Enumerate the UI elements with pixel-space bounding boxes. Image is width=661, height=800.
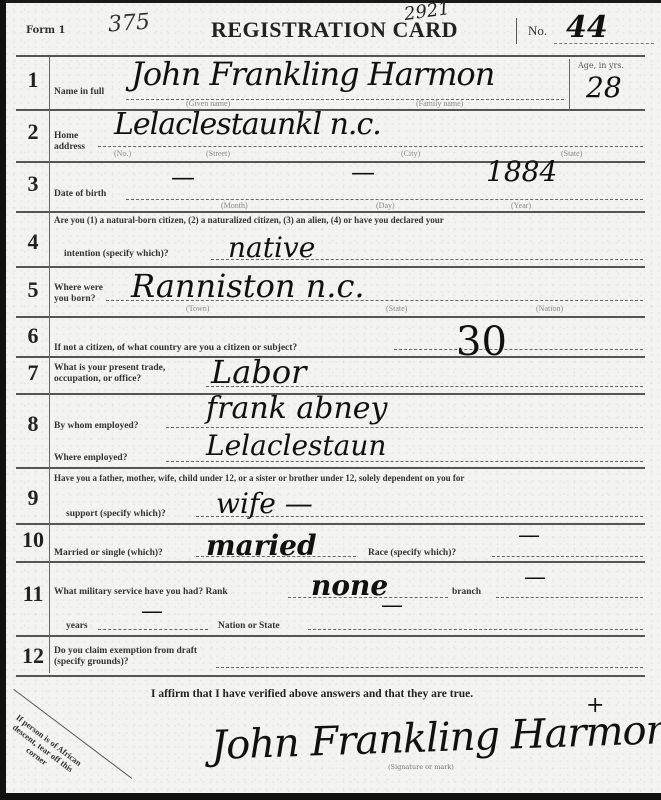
sublabel-day: (Day) [376, 201, 395, 210]
label-citizenship-specify: intention (specify which)? [64, 249, 169, 260]
row-number-1: 1 [20, 67, 46, 93]
value-nation-state: — [381, 593, 403, 618]
value-where-employed: Lelaclestaun [206, 429, 386, 462]
dotted-line-race [492, 556, 643, 557]
dotted-line-dob [126, 199, 643, 200]
sublabel-town: (Town) [186, 304, 209, 313]
rule-8 [16, 467, 645, 469]
no-label: No. [528, 23, 547, 39]
rule-6 [16, 356, 645, 358]
value-branch: — [524, 565, 546, 590]
sublabel-nation: (Nation) [536, 304, 563, 313]
dotted-line-nation [308, 629, 643, 630]
sublabel-street: (Street) [206, 149, 230, 158]
label-where-employed: Where employed? [54, 453, 127, 464]
sublabel-year: (Year) [511, 201, 531, 210]
affirmation-text: I affirm that I have verified above answ… [151, 688, 473, 700]
row-number-6: 6 [20, 323, 46, 349]
dotted-line-country [394, 349, 643, 350]
label-marital-status: Married or single (which)? [54, 548, 163, 559]
dotted-line-branch [496, 597, 643, 598]
rule-3 [16, 211, 645, 213]
value-name: John Frankling Harmon [131, 55, 494, 93]
value-dob-year: 1884 [486, 155, 557, 188]
label-dependents-question: Have you a father, mother, wife, child u… [54, 473, 464, 484]
dotted-line-address [98, 146, 643, 147]
label-occupation: What is your present trade, occupation, … [54, 363, 174, 385]
dotted-line-employer [166, 427, 643, 428]
rule-5 [16, 316, 645, 318]
sublabel-state-birth: (State) [386, 304, 407, 313]
annotation-30: 30 [456, 319, 507, 365]
row-number-8: 8 [20, 411, 46, 437]
dotted-line-exemption [216, 667, 643, 668]
value-military-rank: none [311, 569, 388, 602]
scan-border-bottom [0, 793, 661, 800]
no-dotted-line [554, 43, 654, 44]
age-value: 28 [586, 71, 622, 104]
row-number-3: 3 [20, 171, 46, 197]
sublabel-city: (City) [401, 149, 420, 158]
rule-10 [16, 561, 645, 563]
label-branch: branch [452, 587, 481, 598]
dotted-line-years [98, 629, 208, 630]
label-years: years [66, 621, 88, 632]
header-divider [516, 18, 517, 44]
row-number-12: 12 [20, 643, 46, 669]
value-home-address: Lelaclestaunkl n.c. [114, 107, 381, 142]
sublabel-state: (State) [561, 149, 582, 158]
value-occupation: Labor [211, 353, 306, 391]
value-dob-day: — [351, 158, 375, 186]
label-citizenship-question: Are you (1) a natural-born citizen, (2) … [54, 215, 444, 226]
sublabel-family-name: (Family name) [416, 99, 463, 108]
row-number-11: 11 [20, 581, 46, 607]
label-home-address: Home address [54, 131, 94, 153]
sublabel-no: (No.) [114, 149, 131, 158]
label-exemption: Do you claim exemption from draft (speci… [54, 646, 214, 668]
label-name: Name in full [54, 87, 104, 98]
age-divider [569, 59, 570, 111]
row-number-2: 2 [20, 119, 46, 145]
value-race: — [518, 523, 540, 548]
label-dependents-specify: support (specify which)? [66, 509, 166, 520]
tear-off-corner-note: If person is of African descent, tear of… [0, 709, 88, 787]
no-value: 44 [566, 10, 608, 45]
row-number-4: 4 [20, 229, 46, 255]
rule-11 [16, 635, 645, 637]
value-citizenship: native [228, 231, 315, 264]
mark-cross: + [586, 693, 604, 718]
row-number-9: 9 [20, 485, 46, 511]
value-dependents: wife — [216, 487, 313, 520]
label-birthplace: Where were you born? [54, 283, 104, 305]
label-race: Race (specify which)? [368, 548, 456, 559]
value-birthplace: Ranniston n.c. [131, 267, 365, 305]
row-number-5: 5 [20, 277, 46, 303]
value-dob-month: — [171, 163, 195, 191]
value-employer: frank abney [206, 391, 387, 426]
rule-12 [16, 675, 645, 677]
number-column-divider [49, 57, 50, 673]
value-marital-status: maried [206, 529, 317, 562]
label-nation-state: Nation or State [218, 621, 280, 632]
form-label: Form 1 [26, 25, 66, 36]
signature-caption: (Signature or mark) [388, 763, 454, 771]
sublabel-month: (Month) [221, 201, 248, 210]
label-military-rank: What military service have you had? Rank [54, 587, 228, 598]
registration-card: Form 1 375 REGISTRATION CARD 2921 No. 44… [6, 3, 661, 793]
value-years: — [141, 599, 163, 624]
label-date-of-birth: Date of birth [54, 189, 106, 200]
serial-number: 375 [107, 10, 151, 38]
row-number-10: 10 [20, 527, 46, 553]
row-number-7: 7 [20, 360, 46, 386]
age-label: Age, in yrs. [578, 61, 624, 70]
rule-9 [16, 523, 645, 525]
label-employer: By whom employed? [54, 421, 138, 432]
